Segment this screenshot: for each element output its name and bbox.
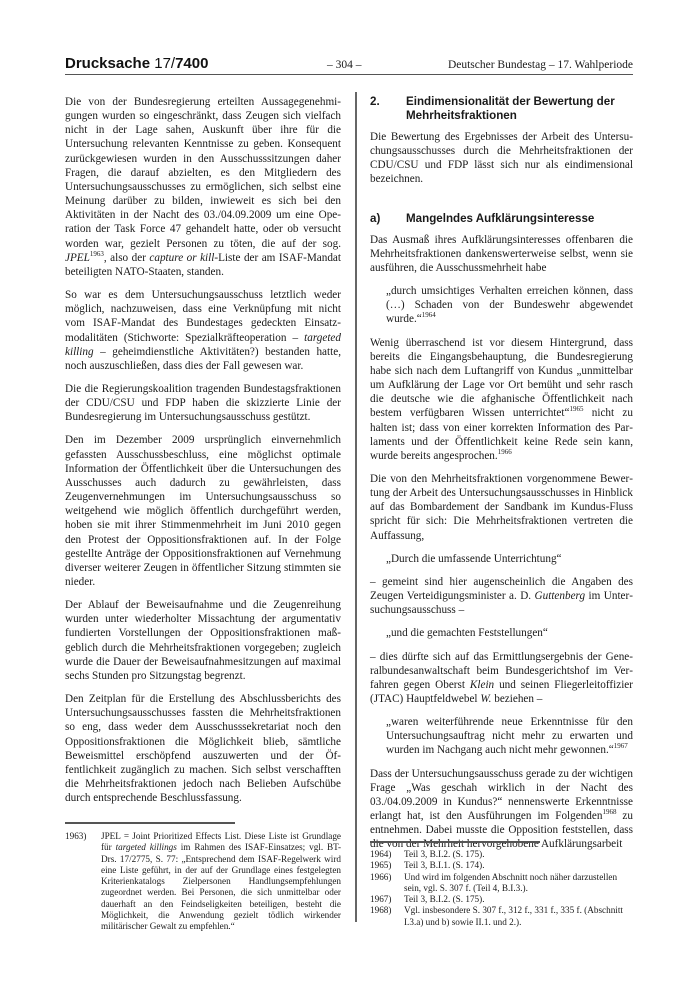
paragraph: Das Ausmaß ihres Aufklärungsinteresses o… — [370, 233, 633, 275]
paragraph: Den Zeitplan für die Erstellung des Absc… — [65, 692, 341, 805]
column-divider — [355, 92, 357, 922]
text: , also der — [104, 252, 150, 264]
heading-number: 2. — [370, 95, 406, 123]
paragraph: Der Ablauf der Beweisaufnahme und die Ze… — [65, 598, 341, 683]
paragraph: Den im Dezember 2009 ursprünglich einver… — [65, 433, 341, 589]
paragraph: Wenig überraschend ist vor diesem Hinter… — [370, 336, 633, 463]
footnote-1967: 1967)Teil 3, B.I.2. (S. 175). — [370, 894, 633, 905]
heading-text: Eindimensionalität der Bewertung der Meh… — [406, 95, 633, 123]
footnote-rule — [370, 841, 540, 843]
footnote-key: 1966) — [370, 872, 404, 895]
footnote-text: Teil 3, B.I.1. (S. 174). — [404, 860, 633, 871]
left-column: Die von der Bundesregierung erteilten Au… — [65, 95, 341, 814]
text: So war es dem Untersuchungsausschuss let… — [65, 289, 341, 343]
paragraph: – dies dürfte sich auf das Ermittlungser… — [370, 650, 633, 707]
text: Dass der Untersuchungsausschuss gerade z… — [370, 768, 633, 822]
footnote-text: Vgl. insbesondere S. 307 f., 312 f., 331… — [404, 905, 633, 928]
italic-term: capture or kill — [149, 252, 214, 264]
footnote-key: 1965) — [370, 860, 404, 871]
paragraph: – gemeint sind hier augenscheinlich die … — [370, 575, 633, 617]
text: Die von der Bundesregierung erteilten Au… — [65, 96, 341, 250]
italic-term: targeted killings — [116, 842, 177, 852]
doc-number: 7400 — [175, 55, 208, 72]
paragraph: Die von den Mehrheitsfraktionen vorgenom… — [370, 472, 633, 543]
doc-number-prefix: 17/ — [154, 55, 175, 72]
footnote-ref[interactable]: 1967 — [614, 742, 628, 750]
block-quote: „waren weiterführende neue Erkenntnisse … — [386, 715, 633, 757]
section-heading-2: 2.Eindimensionalität der Bewertung der M… — [370, 95, 633, 123]
footnote-key: 1968) — [370, 905, 404, 928]
footnote-1964: 1964)Teil 3, B.I.2. (S. 175). — [370, 849, 633, 860]
publisher: Deutscher Bundestag – 17. Wahlperiode — [448, 59, 633, 71]
paragraph: Die die Regierungskoalition tragenden Bu… — [65, 382, 341, 424]
footnote-1968: 1968)Vgl. insbesondere S. 307 f., 312 f.… — [370, 905, 633, 928]
footnote-ref[interactable]: 1963 — [90, 250, 104, 258]
italic-term: JPEL — [65, 252, 90, 264]
footnote-1965: 1965)Teil 3, B.I.1. (S. 174). — [370, 860, 633, 871]
footnote-ref[interactable]: 1968 — [602, 808, 616, 816]
section-heading-a: a)Mangelndes Aufklärungsinteresse — [370, 212, 633, 226]
paragraph: Die Bewertung des Ergebnisses der Arbeit… — [370, 130, 633, 187]
footnote-ref[interactable]: 1964 — [422, 311, 436, 319]
footnote-text: Teil 3, B.I.2. (S. 175). — [404, 849, 633, 860]
text: „waren weiterführende neue Erkenntnisse … — [386, 716, 633, 756]
text: im Rahmen des ISAF-Einsatzes; vgl. BT-Dr… — [101, 842, 341, 931]
paragraph: Dass der Untersuchungsausschuss gerade z… — [370, 767, 633, 852]
document-number: Drucksache 17/7400 — [65, 55, 208, 72]
doc-label: Drucksache — [65, 55, 150, 72]
right-column: 2.Eindimensionalität der Bewertung der M… — [370, 95, 633, 861]
paragraph: So war es dem Untersuchungsausschuss let… — [65, 288, 341, 373]
text: beziehen – — [491, 693, 542, 705]
page-number: – 304 – — [327, 59, 362, 71]
text: – geheimdienstliche Aktivitäten?) bestan… — [65, 346, 341, 372]
footnotes-right: 1964)Teil 3, B.I.2. (S. 175). 1965)Teil … — [370, 849, 633, 928]
footnote-text: Und wird im folgenden Abschnitt noch näh… — [404, 872, 633, 895]
italic-name: Guttenberg — [535, 590, 586, 602]
footnote-key: 1967) — [370, 894, 404, 905]
heading-number: a) — [370, 212, 406, 226]
page-header: Drucksache 17/7400 – 304 – Deutscher Bun… — [65, 54, 633, 75]
footnote-text: JPEL = Joint Prioritized Effects List. D… — [101, 831, 341, 933]
footnote-key: 1964) — [370, 849, 404, 860]
italic-name: Klein — [470, 679, 494, 691]
block-quote: „und die gemachten Feststellungen“ — [386, 626, 633, 640]
block-quote: „Durch die umfassende Unterrichtung“ — [386, 552, 633, 566]
footnotes-left: 1963) JPEL = Joint Prioritized Effects L… — [65, 831, 341, 933]
paragraph: Die von der Bundesregierung erteilten Au… — [65, 95, 341, 279]
footnote-ref[interactable]: 1966 — [498, 448, 512, 456]
footnote-ref[interactable]: 1965 — [569, 405, 583, 413]
footnote-key: 1963) — [65, 831, 101, 933]
italic-name: W. — [480, 693, 491, 705]
heading-text: Mangelndes Aufklärungsinteresse — [406, 212, 594, 226]
footnote-rule — [65, 822, 235, 824]
block-quote: „durch umsichtiges Verhalten erreichen k… — [386, 284, 633, 326]
footnote-1966: 1966)Und wird im folgenden Abschnitt noc… — [370, 872, 633, 895]
footnote-text: Teil 3, B.I.2. (S. 175). — [404, 894, 633, 905]
footnote-1963: 1963) JPEL = Joint Prioritized Effects L… — [65, 831, 341, 933]
